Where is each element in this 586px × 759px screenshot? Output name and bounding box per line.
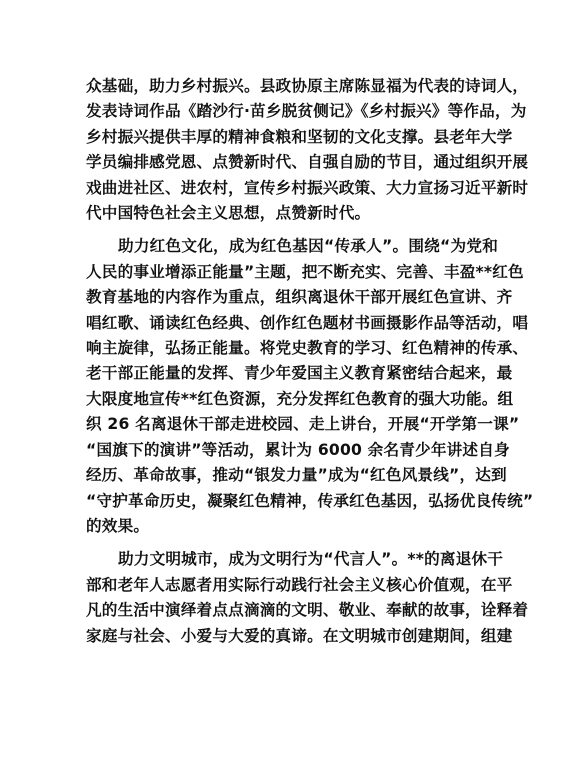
text-line: 教育基地的内容作为重点，组织离退休干部开展红色宣讲、齐 — [86, 285, 498, 310]
text-line: 家庭与社会、小爱与大爱的真谛。在文明城市创建期间，组建 — [86, 624, 498, 649]
text-line: “守护革命历史，凝聚红色精神，传承红色基因，弘扬优良传统” — [86, 489, 498, 514]
paragraph-red-culture: 助力红色文化，成为红色基因“传承人”。围绕“为党和 人民的事业增添正能量”主题，… — [86, 234, 498, 539]
text-line: 的效果。 — [86, 514, 498, 539]
text-line: 老干部正能量的发挥、青少年爱国主义教育紧密结合起来，最 — [86, 361, 498, 386]
text-line: 发表诗词作品《踏沙行·苗乡脱贫侧记》《乡村振兴》等作品，为 — [86, 99, 498, 124]
text-line: 织 26 名离退休干部走进校园、走上讲台，开展“开学第一课” — [86, 412, 498, 437]
text-line: 助力红色文化，成为红色基因“传承人”。围绕“为党和 — [86, 234, 498, 259]
text-line: 大限度地宣传**红色资源，充分发挥红色教育的强大功能。组 — [86, 387, 498, 412]
text-line: 乡村振兴提供丰厚的精神食粮和坚韧的文化支撑。县老年大学 — [86, 125, 498, 150]
text-line: 经历、革命故事，推动“银发力量”成为“红色风景线”，达到 — [86, 463, 498, 488]
text-line: 助力文明城市，成为文明行为“代言人”。**的离退休干 — [86, 547, 498, 572]
text-line: 凡的生活中演绎着点点滴滴的文明、敬业、奉献的故事，诠释着 — [86, 598, 498, 623]
text-line: 众基础，助力乡村振兴。县政协原主席陈显福为代表的诗词人， — [86, 74, 498, 99]
document-page: 众基础，助力乡村振兴。县政协原主席陈显福为代表的诗词人， 发表诗词作品《踏沙行·… — [86, 74, 498, 657]
paragraph-rural-revitalization: 众基础，助力乡村振兴。县政协原主席陈显福为代表的诗词人， 发表诗词作品《踏沙行·… — [86, 74, 498, 226]
text-line: “国旗下的演讲”等活动，累计为 6000 余名青少年讲述自身 — [86, 438, 498, 463]
text-line: 戏曲进社区、进农村，宣传乡村振兴政策、大力宣扬习近平新时 — [86, 176, 498, 201]
text-line: 部和老年人志愿者用实际行动践行社会主义核心价值观，在平 — [86, 573, 498, 598]
text-line: 响主旋律，弘扬正能量。将党史教育的学习、红色精神的传承、 — [86, 336, 498, 361]
paragraph-civilized-city: 助力文明城市，成为文明行为“代言人”。**的离退休干 部和老年人志愿者用实际行动… — [86, 547, 498, 649]
text-line: 人民的事业增添正能量”主题，把不断充实、完善、丰盈**红色 — [86, 260, 498, 285]
text-line: 代中国特色社会主义思想，点赞新时代。 — [86, 201, 498, 226]
text-line: 唱红歌、诵读红色经典、创作红色题材书画摄影作品等活动，唱 — [86, 311, 498, 336]
text-line: 学员编排感党恩、点赞新时代、自强自励的节目，通过组织开展 — [86, 150, 498, 175]
